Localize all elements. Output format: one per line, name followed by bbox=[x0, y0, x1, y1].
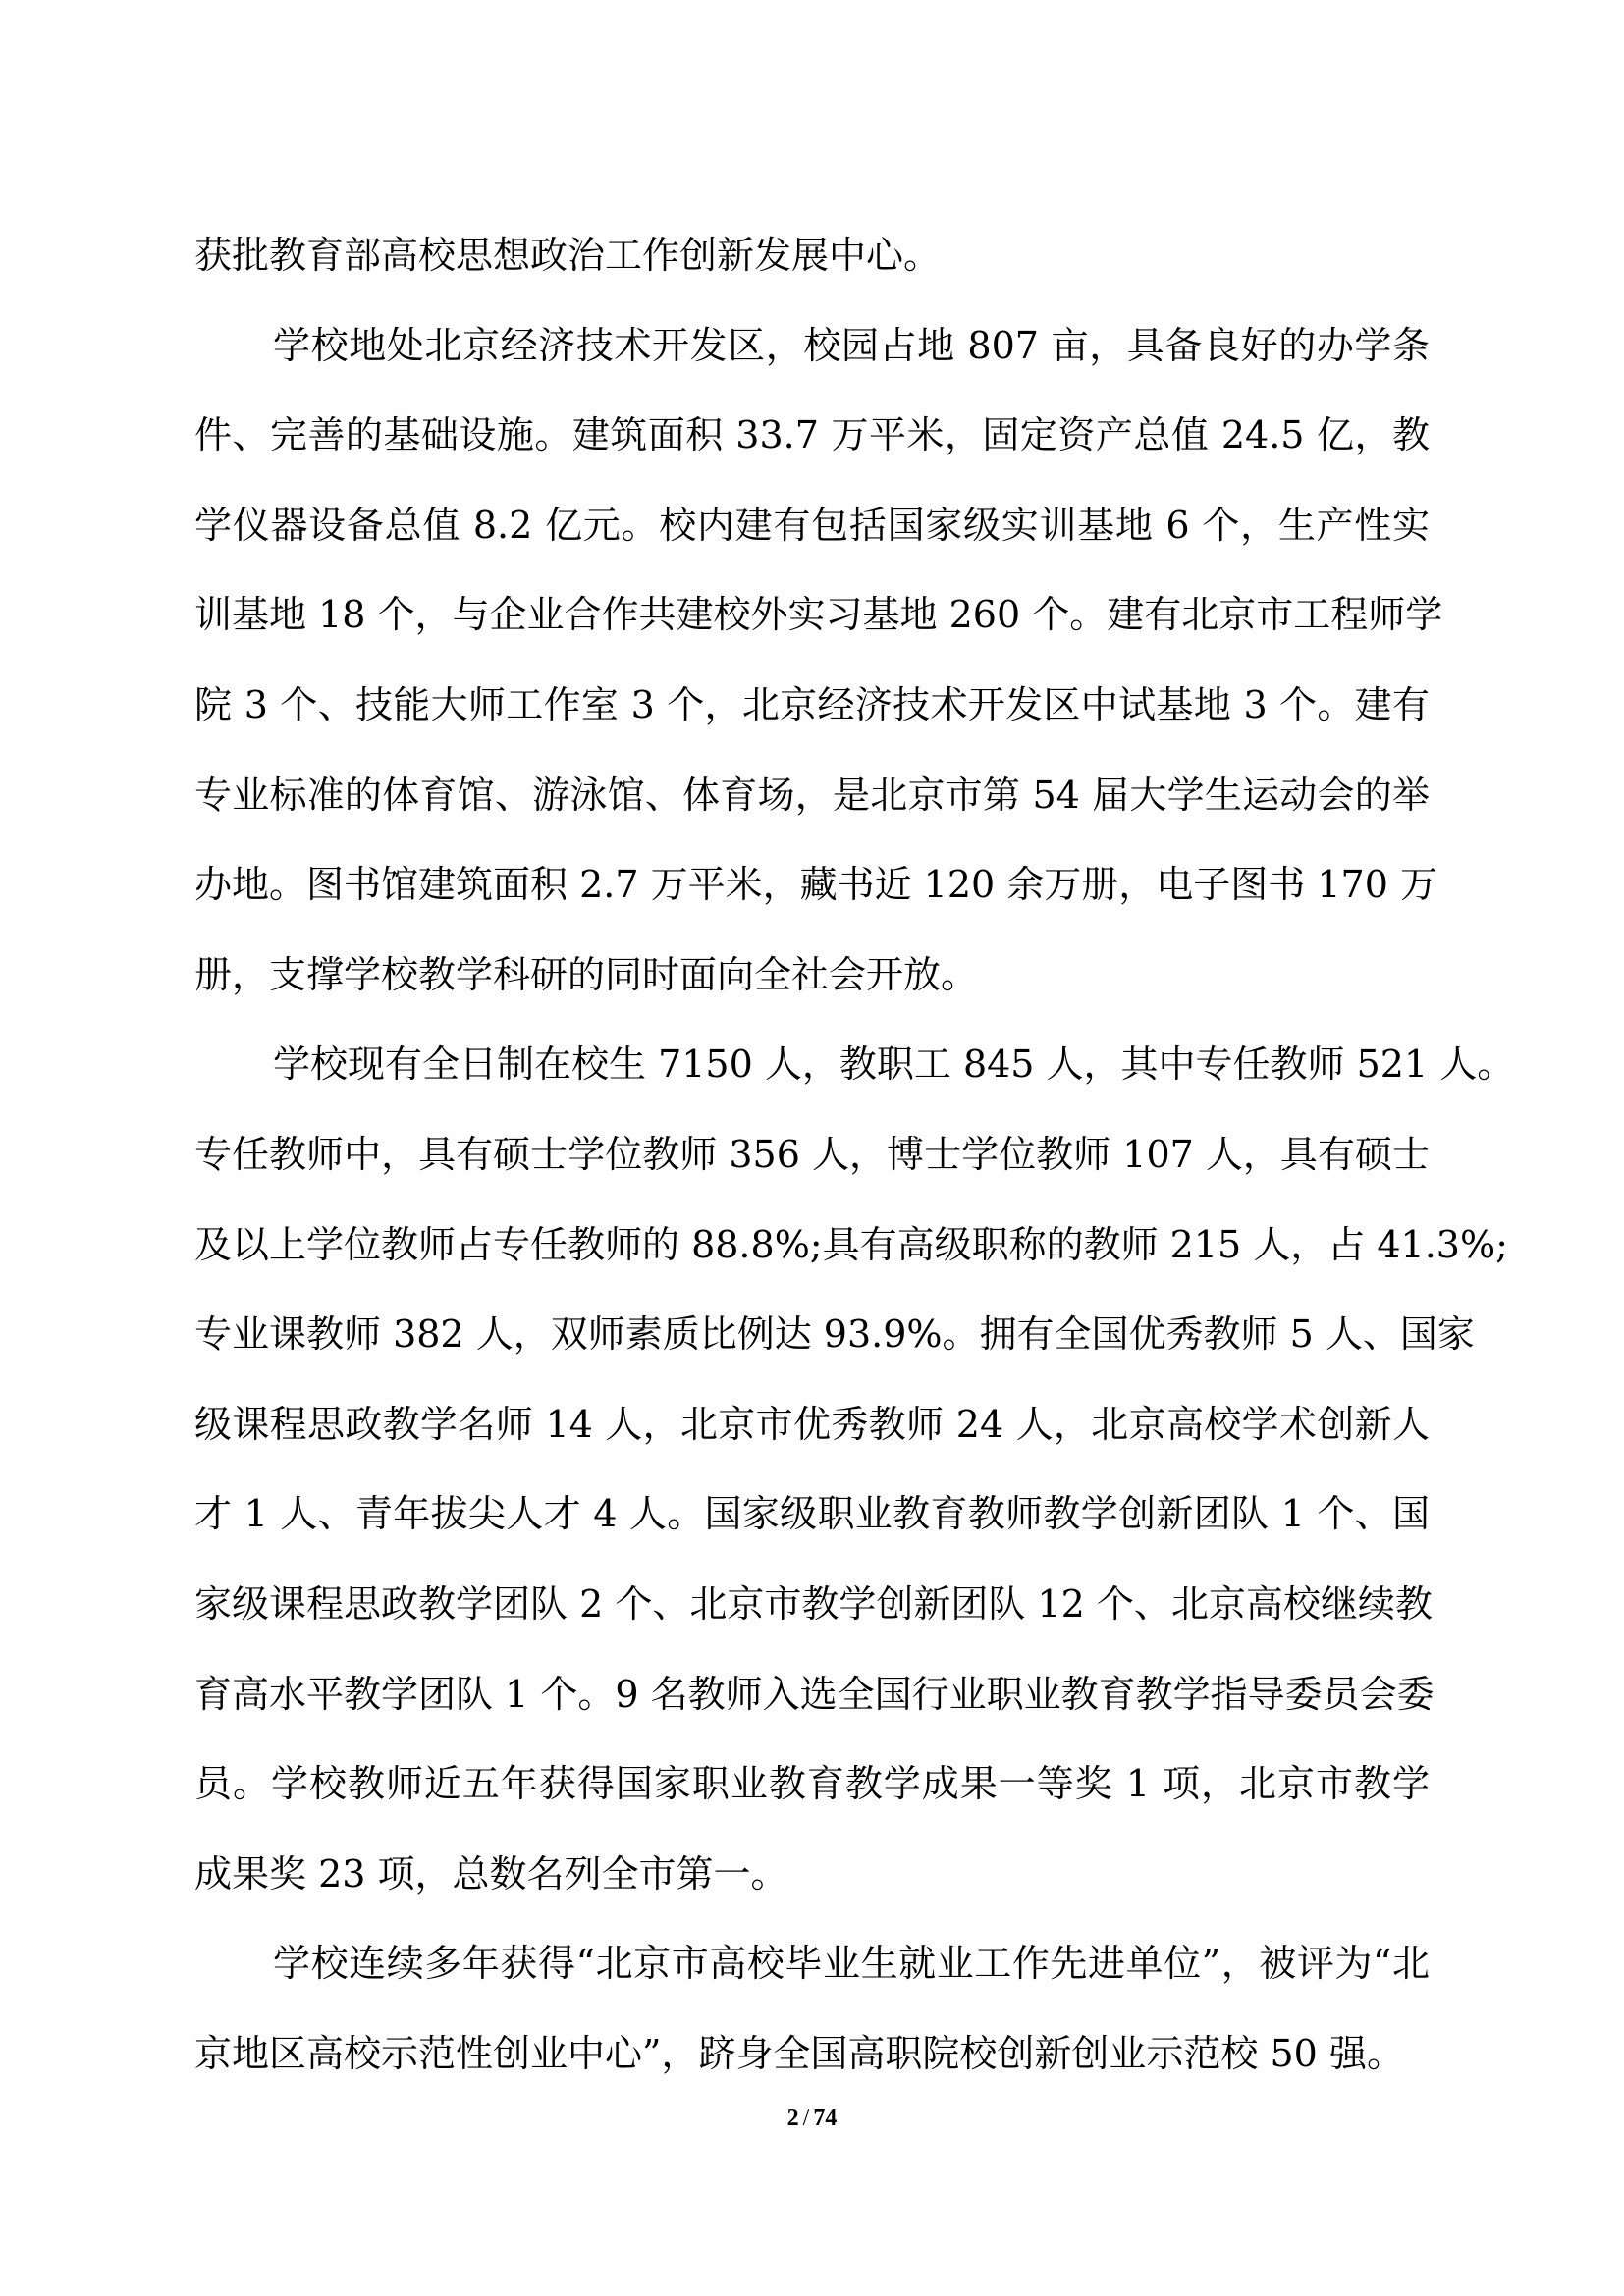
text-line: 学校连续多年获得“北京市高校毕业生就业工作先进单位”，被评为“北 bbox=[194, 1919, 1430, 2009]
text-line: 成果奖 23 项，总数名列全市第一。 bbox=[194, 1830, 1430, 1920]
paragraph: 学校连续多年获得“北京市高校毕业生就业工作先进单位”，被评为“北京地区高校示范性… bbox=[194, 1919, 1430, 2099]
text-line: 训基地 18 个，与企业合作共建校外实习基地 260 个。建有北京市工程师学 bbox=[194, 570, 1430, 661]
text-line: 学校现有全日制在校生 7150 人，教职工 845 人，其中专任教师 521 人… bbox=[194, 1020, 1430, 1110]
paragraph: 学校地处北京经济技术开发区，校园占地 807 亩，具备良好的办学条件、完善的基础… bbox=[194, 301, 1430, 1021]
page-number: 2/74 bbox=[0, 2103, 1624, 2134]
text-line: 专业标准的体育馆、游泳馆、体育场，是北京市第 54 届大学生运动会的举 bbox=[194, 751, 1430, 841]
text-line: 院 3 个、技能大师工作室 3 个，北京经济技术开发区中试基地 3 个。建有 bbox=[194, 661, 1430, 751]
document-body: 获批教育部高校思想政治工作创新发展中心。学校地处北京经济技术开发区，校园占地 8… bbox=[194, 211, 1430, 2099]
text-line: 员。学校教师近五年获得国家职业教育教学成果一等奖 1 项，北京市教学 bbox=[194, 1739, 1430, 1830]
text-line: 办地。图书馆建筑面积 2.7 万平米，藏书近 120 余万册，电子图书 170 … bbox=[194, 840, 1430, 931]
text-line: 才 1 人、青年拔尖人才 4 人。国家级职业教育教师教学创新团队 1 个、国 bbox=[194, 1469, 1430, 1560]
text-line: 册，支撑学校教学科研的同时面向全社会开放。 bbox=[194, 931, 1430, 1021]
page-current: 2 bbox=[787, 2106, 799, 2131]
text-line: 京地区高校示范性创业中心”，跻身全国高职院校创新创业示范校 50 强。 bbox=[194, 2009, 1430, 2100]
text-line: 专任教师中，具有硕士学位教师 356 人，博士学位教师 107 人，具有硕士 bbox=[194, 1110, 1430, 1201]
document-page: 获批教育部高校思想政治工作创新发展中心。学校地处北京经济技术开发区，校园占地 8… bbox=[0, 0, 1624, 2296]
text-line: 级课程思政教学名师 14 人，北京市优秀教师 24 人，北京高校学术创新人 bbox=[194, 1380, 1430, 1470]
text-line: 获批教育部高校思想政治工作创新发展中心。 bbox=[194, 211, 1430, 301]
text-line: 及以上学位教师占专任教师的 88.8%;具有高级职称的教师 215 人，占 41… bbox=[194, 1201, 1430, 1291]
paragraph: 学校现有全日制在校生 7150 人，教职工 845 人，其中专任教师 521 人… bbox=[194, 1020, 1430, 1919]
page-separator: / bbox=[803, 2106, 810, 2131]
paragraph: 获批教育部高校思想政治工作创新发展中心。 bbox=[194, 211, 1430, 301]
text-line: 学校地处北京经济技术开发区，校园占地 807 亩，具备良好的办学条 bbox=[194, 301, 1430, 392]
text-line: 育高水平教学团队 1 个。9 名教师入选全国行业职业教育教学指导委员会委 bbox=[194, 1650, 1430, 1740]
text-line: 家级课程思政教学团队 2 个、北京市教学创新团队 12 个、北京高校继续教 bbox=[194, 1560, 1430, 1650]
text-line: 学仪器设备总值 8.2 亿元。校内建有包括国家级实训基地 6 个，生产性实 bbox=[194, 481, 1430, 571]
page-total: 74 bbox=[813, 2106, 837, 2131]
text-line: 专业课教师 382 人，双师素质比例达 93.9%。拥有全国优秀教师 5 人、国… bbox=[194, 1290, 1430, 1380]
text-line: 件、完善的基础设施。建筑面积 33.7 万平米，固定资产总值 24.5 亿，教 bbox=[194, 391, 1430, 481]
